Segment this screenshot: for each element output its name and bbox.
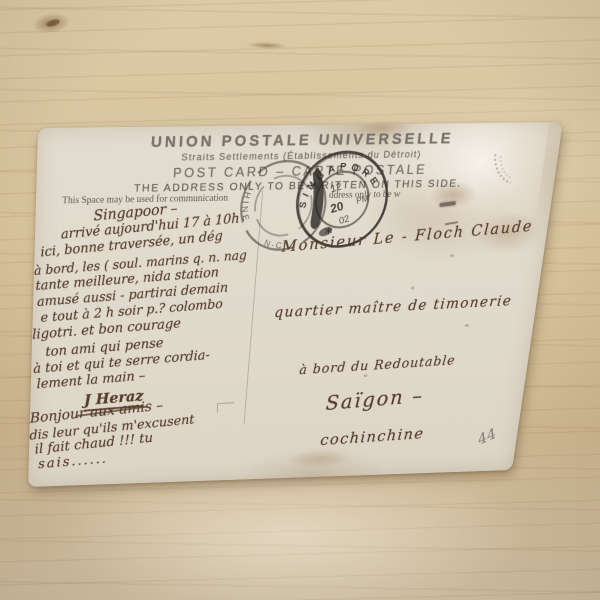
photo-scene: UNION POSTALE UNIVERSELLE Straits Settle…	[0, 0, 600, 600]
postmark-numeral: 12	[330, 181, 342, 195]
svg-text:HINE: HINE	[239, 191, 254, 225]
ghost-postmark-arc	[492, 154, 516, 183]
postcard: UNION POSTALE UNIVERSELLE Straits Settle…	[28, 122, 563, 487]
postmark-numeral: 20	[329, 198, 344, 215]
secondary-postmark-fragment: HINE	[239, 191, 254, 225]
